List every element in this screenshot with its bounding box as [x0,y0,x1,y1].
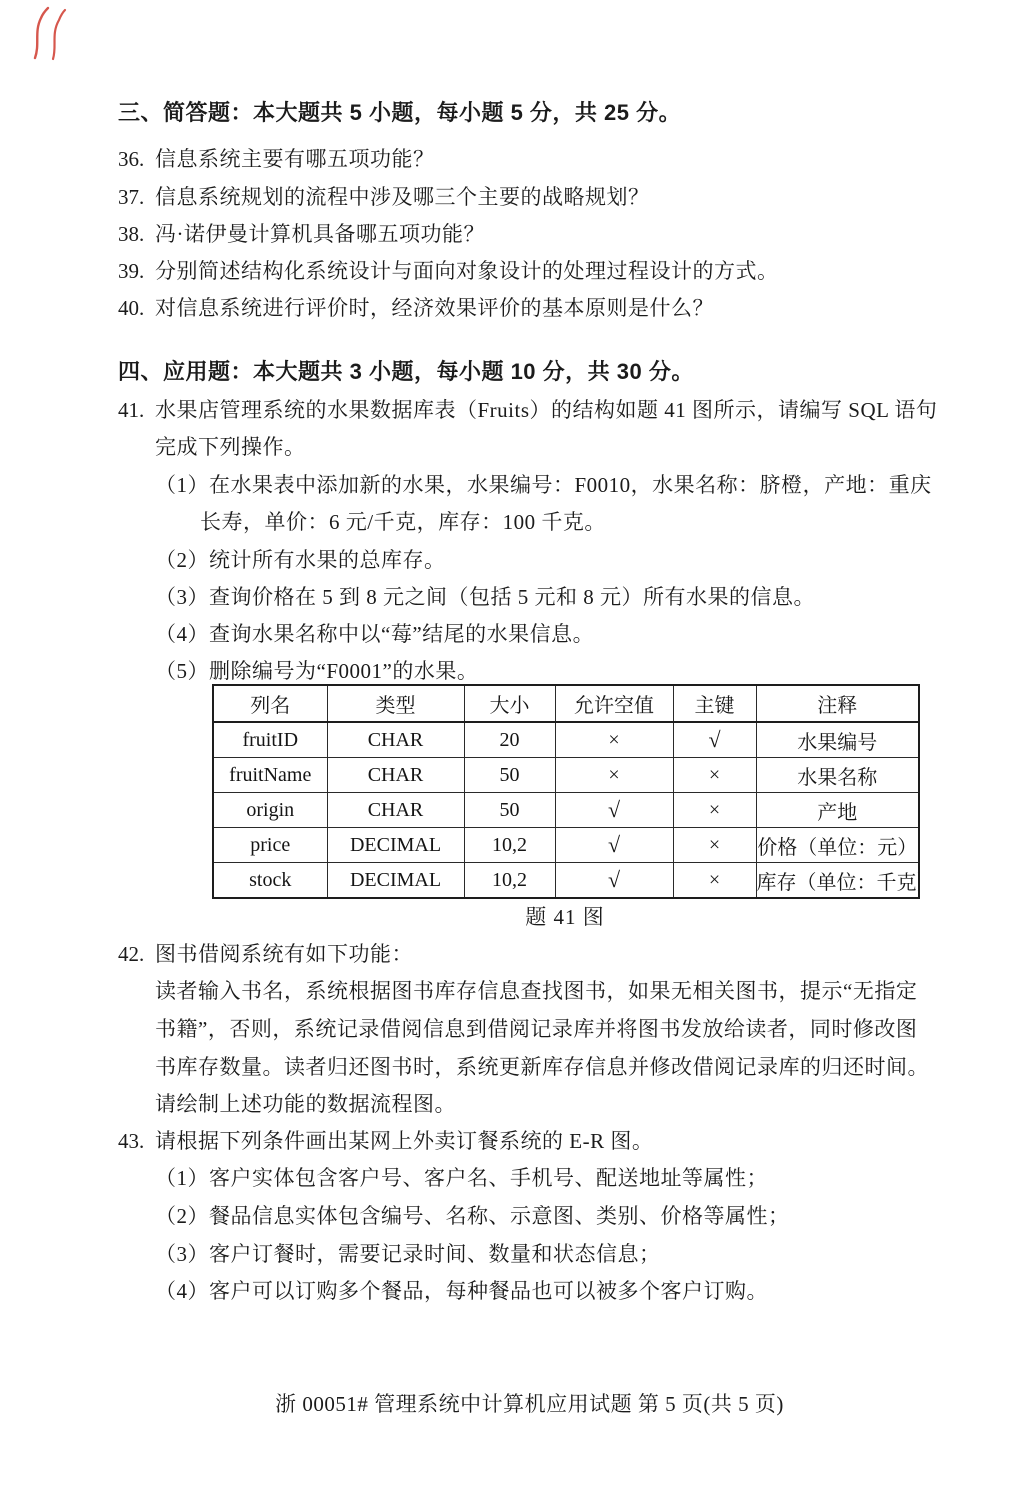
question-43-title: 请根据下列条件画出某网上外卖订餐系统的 E-R 图。 [155,1129,653,1153]
question-41-item1-line2: 长寿，单价：6 元/千克，库存：100 千克。 [200,507,606,537]
cell-fruitName-nullable: × [555,758,673,793]
table-row: price DECIMAL 10,2 √ × 价格（单位：元） [213,828,919,863]
cell-fruitName-size: 50 [464,758,555,793]
question-42-para-line2: 书籍”，否则，系统记录借阅信息到借阅记录库并将图书发放给读者，同时修改图 [155,1014,917,1044]
cell-stock-size: 10,2 [464,863,555,899]
question-43-item2: （2）餐品信息实体包含编号、名称、示意图、类别、价格等属性； [155,1201,790,1231]
cell-origin-pk: × [673,793,756,828]
question-42-para-line4: 请绘制上述功能的数据流程图。 [155,1089,456,1119]
table-row: stock DECIMAL 10,2 √ × 库存（单位：千克） [213,863,919,899]
cell-stock-comment: 库存（单位：千克） [756,863,919,899]
col-header-name: 列名 [213,685,327,722]
cell-stock-name: stock [213,863,327,899]
question-39-text: 分别简述结构化系统设计与面向对象设计的处理过程设计的方式。 [155,259,779,283]
table-row: fruitName CHAR 50 × × 水果名称 [213,758,919,793]
question-43-item3: （3）客户订餐时，需要记录时间、数量和状态信息； [155,1239,661,1269]
question-43-number: 43. [118,1126,155,1156]
cell-origin-name: origin [213,793,327,828]
table-row: origin CHAR 50 √ × 产地 [213,793,919,828]
cell-origin-nullable: √ [555,793,673,828]
cell-fruitName-name: fruitName [213,758,327,793]
question-36-number: 36. [118,144,155,174]
cell-stock-pk: × [673,863,756,899]
question-37-number: 37. [118,182,155,212]
cell-price-pk: × [673,828,756,863]
cell-fruitID-type: CHAR [327,722,464,758]
question-38-text: 冯·诺伊曼计算机具备哪五项功能？ [155,222,485,246]
question-40-text: 对信息系统进行评价时，经济效果评价的基本原则是什么？ [155,296,714,320]
question-43-item1: （1）客户实体包含客户号、客户名、手机号、配送地址等属性； [155,1163,768,1193]
cell-fruitID-comment: 水果编号 [756,722,919,758]
question-42-number: 42. [118,939,155,969]
question-39-number: 39. [118,256,155,286]
cell-fruitName-pk: × [673,758,756,793]
question-43-item4: （4）客户可以订购多个餐品，每种餐品也可以被多个客户订购。 [155,1276,768,1306]
question-41: 41.水果店管理系统的水果数据库表（Fruits）的结构如题 41 图所示，请编… [118,395,937,425]
table-header-row: 列名 类型 大小 允许空值 主键 注释 [213,685,919,722]
section3-heading: 三、简答题：本大题共 5 小题，每小题 5 分，共 25 分。 [118,98,681,128]
col-header-comment: 注释 [756,685,919,722]
question-37-text: 信息系统规划的流程中涉及哪三个主要的战略规划？ [155,185,650,209]
col-header-type: 类型 [327,685,464,722]
question-39: 39.分别简述结构化系统设计与面向对象设计的处理过程设计的方式。 [118,256,779,286]
cell-origin-size: 50 [464,793,555,828]
cell-fruitName-comment: 水果名称 [756,758,919,793]
col-header-size: 大小 [464,685,555,722]
question-42-para-line3: 书库存数量。读者归还图书时，系统更新库存信息并修改借阅记录库的归还时间。 [155,1052,929,1082]
question-41-intro-line2: 完成下列操作。 [155,432,306,462]
cell-price-name: price [213,828,327,863]
cell-fruitID-size: 20 [464,722,555,758]
question-42-title: 图书借阅系统有如下功能： [155,942,413,966]
cell-fruitID-name: fruitID [213,722,327,758]
exam-page: 三、简答题：本大题共 5 小题，每小题 5 分，共 25 分。 36.信息系统主… [0,0,1035,1488]
question-41-number: 41. [118,395,155,425]
page-footer: 浙 00051# 管理系统中计算机应用试题 第 5 页(共 5 页) [12,1388,1035,1418]
question-38-number: 38. [118,219,155,249]
cell-fruitID-nullable: × [555,722,673,758]
question-41-intro-line1: 水果店管理系统的水果数据库表（Fruits）的结构如题 41 图所示，请编写 S… [155,398,937,422]
question-41-item1-line1: （1）在水果表中添加新的水果，水果编号：F0010，水果名称：脐橙，产地：重庆 [155,470,932,500]
question-40-number: 40. [118,293,155,323]
col-header-nullable: 允许空值 [555,685,673,722]
cell-price-nullable: √ [555,828,673,863]
col-header-primary-key: 主键 [673,685,756,722]
question-43: 43.请根据下列条件画出某网上外卖订餐系统的 E-R 图。 [118,1126,653,1156]
question-41-item2: （2）统计所有水果的总库存。 [155,545,446,575]
question-41-item4: （4）查询水果名称中以“莓”结尾的水果信息。 [155,619,594,649]
cell-fruitID-pk: √ [673,722,756,758]
cell-fruitName-type: CHAR [327,758,464,793]
question-38: 38.冯·诺伊曼计算机具备哪五项功能？ [118,219,485,249]
question-42-para-line1: 读者输入书名，系统根据图书库存信息查找图书，如果无相关图书，提示“无指定 [155,976,917,1006]
table-row: fruitID CHAR 20 × √ 水果编号 [213,722,919,758]
cell-price-type: DECIMAL [327,828,464,863]
question-36-text: 信息系统主要有哪五项功能？ [155,147,435,171]
question-42: 42.图书借阅系统有如下功能： [118,939,413,969]
red-pen-scribble [26,4,70,62]
cell-stock-nullable: √ [555,863,673,899]
table-caption: 题 41 图 [212,901,918,931]
cell-price-comment: 价格（单位：元） [756,828,919,863]
cell-origin-type: CHAR [327,793,464,828]
cell-stock-type: DECIMAL [327,863,464,899]
cell-origin-comment: 产地 [756,793,919,828]
fruits-schema-table: 列名 类型 大小 允许空值 主键 注释 fruitID CHAR 20 × √ … [212,684,920,899]
section4-heading: 四、应用题：本大题共 3 小题，每小题 10 分，共 30 分。 [118,357,694,387]
question-36: 36.信息系统主要有哪五项功能？ [118,144,435,174]
question-37: 37.信息系统规划的流程中涉及哪三个主要的战略规划？ [118,182,650,212]
question-41-item5: （5）删除编号为“F0001”的水果。 [155,656,478,686]
cell-price-size: 10,2 [464,828,555,863]
question-41-item3: （3）查询价格在 5 到 8 元之间（包括 5 元和 8 元）所有水果的信息。 [155,582,815,612]
question-40: 40.对信息系统进行评价时，经济效果评价的基本原则是什么？ [118,293,714,323]
